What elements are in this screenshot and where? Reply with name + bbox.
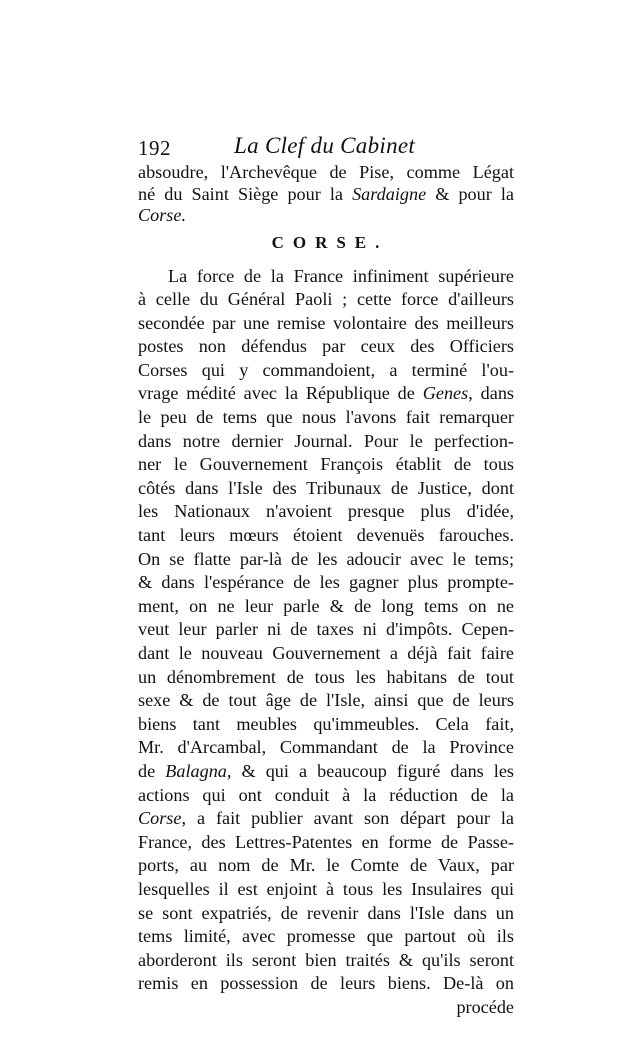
text-line: le peu de tems que nous l'avons fait rem… <box>138 406 514 430</box>
text-line: actions qui ont conduit à la réduction d… <box>138 784 514 808</box>
text-line: Corse. <box>138 205 514 227</box>
text-line: Mr. d'Arcambal, Commandant de la Provinc… <box>138 736 514 760</box>
place-name: Balagna <box>165 761 227 781</box>
text-line: né du Saint Siège pour la Sardaigne & po… <box>138 184 514 206</box>
text-line: veut leur parler ni de taxes ni d'impôts… <box>138 618 514 642</box>
text-line: ment, on ne leur parle & de long tems on… <box>138 595 514 619</box>
text-line: vrage médité avec la République de Genes… <box>138 382 514 406</box>
text-line: absoudre, l'Archevêque de Pise, comme Lé… <box>138 162 514 184</box>
text-line: remis en possession de leurs biens. De-l… <box>138 972 514 996</box>
text-line: Corses qui y commandoient, a terminé l'o… <box>138 359 514 383</box>
text-line: aborderont ils seront bien traités & qu'… <box>138 949 514 973</box>
text-line: un dénombrement de tous les habitans de … <box>138 666 514 690</box>
text-line: côtés dans l'Isle des Tribunaux de Justi… <box>138 477 514 501</box>
text-line: La force de la France infiniment supérie… <box>138 265 514 289</box>
text-line: de Balagna, & qui a beaucoup figuré dans… <box>138 760 514 784</box>
text-line: sexe & de tout âge de l'Isle, ainsi que … <box>138 689 514 713</box>
text-line: & dans l'espérance de les gagner plus pr… <box>138 571 514 595</box>
book-page: 192 La Clef du Cabinet absoudre, l'Arche… <box>138 136 514 1020</box>
catchword: procéde <box>138 996 514 1020</box>
text-line: dant le nouveau Gouvernement a déjà fait… <box>138 642 514 666</box>
text-line: secondée par une remise volontaire des m… <box>138 312 514 336</box>
text-line: à celle du Général Paoli ; cette force d… <box>138 288 514 312</box>
text-line: biens tant meubles qu'immeubles. Cela fa… <box>138 713 514 737</box>
text-line: tant leurs mœurs étoient devenuës farouc… <box>138 524 514 548</box>
place-name: Corse. <box>138 205 186 225</box>
text-line: On se flatte par-là de les adoucir avec … <box>138 548 514 572</box>
page-number: 192 <box>138 136 171 160</box>
text-line: ports, au nom de Mr. le Comte de Vaux, p… <box>138 854 514 878</box>
text-line: lesquelles il est enjoint à tous les Ins… <box>138 878 514 902</box>
running-title: La Clef du Cabinet <box>234 134 415 158</box>
text-line: les Nationaux n'avoient presque plus d'i… <box>138 500 514 524</box>
text-line: Corse, a fait publier avant son départ p… <box>138 807 514 831</box>
place-name: Genes <box>423 383 468 403</box>
section-title: CORSE. <box>138 231 514 255</box>
running-head: 192 La Clef du Cabinet <box>138 136 514 160</box>
text-line: postes non défendus par ceux des Officie… <box>138 335 514 359</box>
body-paragraph: La force de la France infiniment supérie… <box>138 265 514 1020</box>
place-name: Sardaigne <box>352 184 426 204</box>
text-line: ner le Gouvernement François établit de … <box>138 453 514 477</box>
text-line: France, des Lettres-Patentes en forme de… <box>138 831 514 855</box>
text-line: se sont expatriés, de revenir dans l'Isl… <box>138 902 514 926</box>
text-line: dans notre dernier Journal. Pour le perf… <box>138 430 514 454</box>
text-line: tems limité, avec promesse que partout o… <box>138 925 514 949</box>
intro-paragraph: absoudre, l'Archevêque de Pise, comme Lé… <box>138 162 514 227</box>
place-name: Corse <box>138 808 181 828</box>
